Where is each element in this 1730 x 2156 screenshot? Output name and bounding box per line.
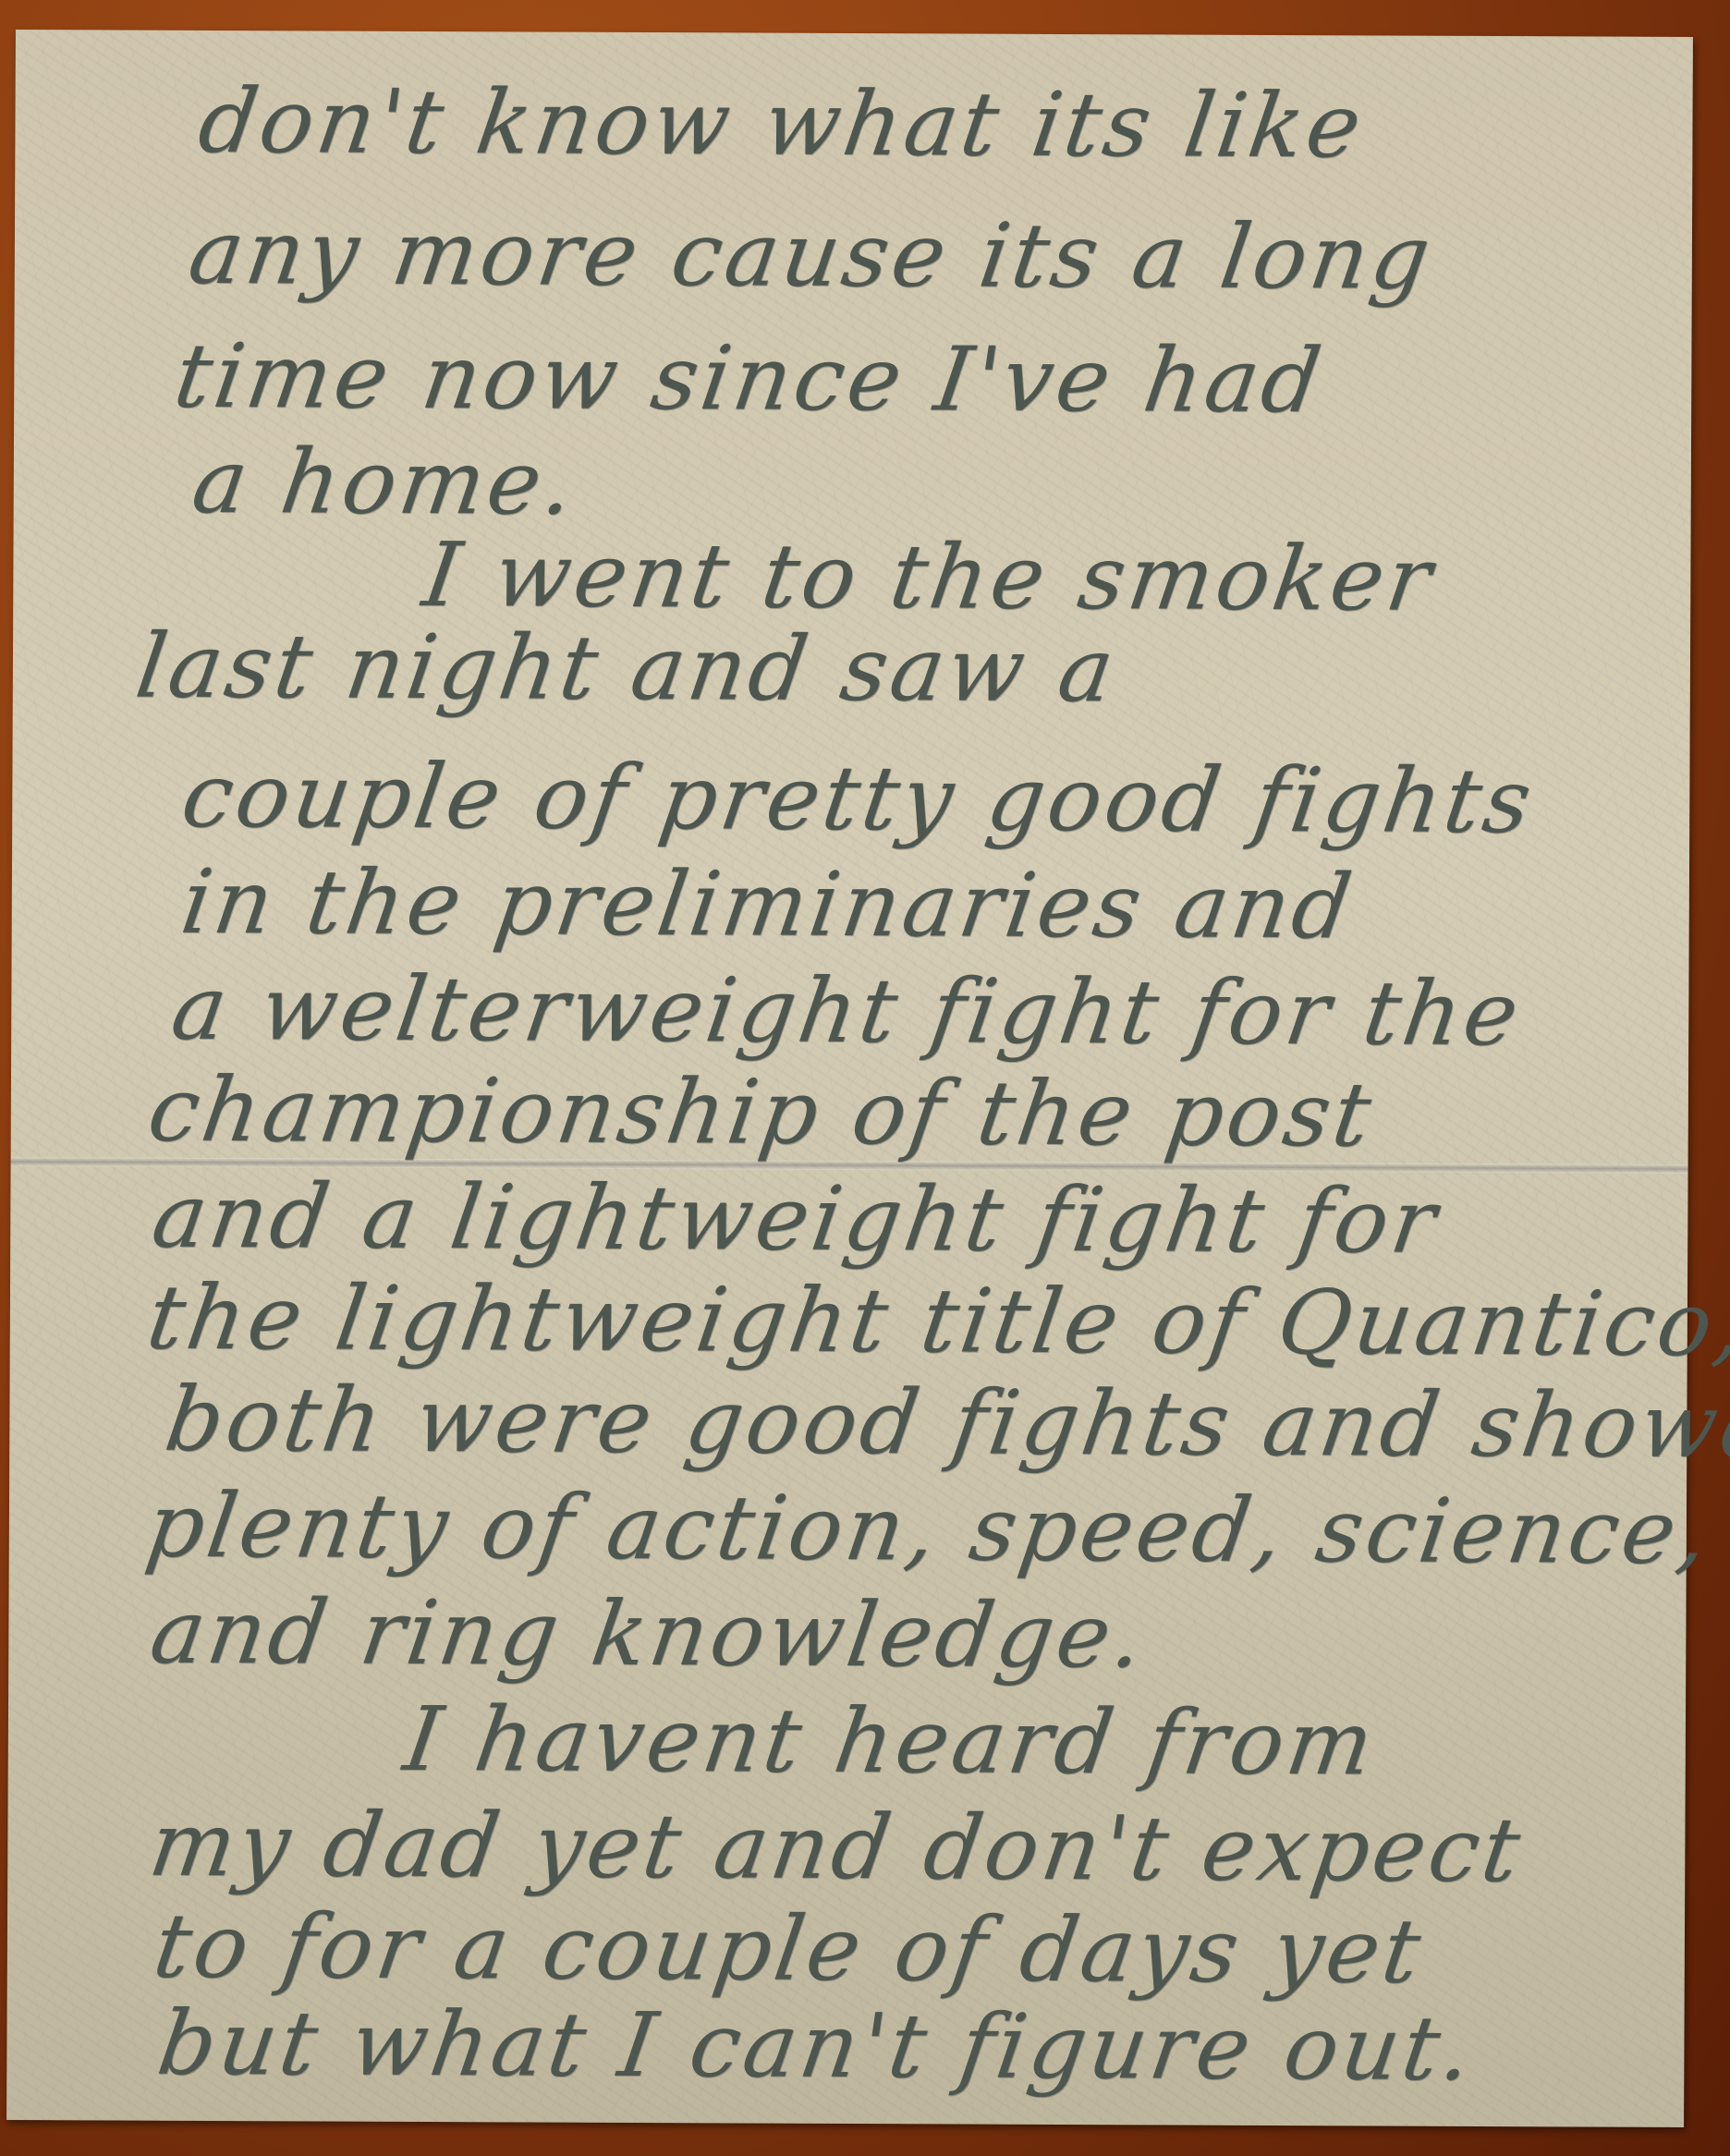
letter-page: don't know what its like any more cause … [6, 30, 1693, 2127]
letter-line: championship of the post [143, 1066, 1380, 1160]
letter-line: my dad yet and don't expect [144, 1800, 1529, 1894]
letter-line: I havent heard from [399, 1695, 1382, 1788]
letter-line: couple of pretty good fights [177, 751, 1540, 846]
letter-line: a home. [188, 437, 583, 528]
letter-line: to for a couple of days yet [149, 1902, 1429, 1996]
letter-line: in the preliminaries and [177, 858, 1360, 951]
letter-line: time now since I've had [169, 332, 1329, 425]
handwritten-text: don't know what its like any more cause … [6, 30, 1693, 2127]
letter-line: last night and saw a [131, 622, 1123, 715]
letter-line: but what I can't figure out. [152, 1999, 1480, 2093]
letter-line: don't know what its like [194, 77, 1371, 170]
letter-line: any more cause its a long [184, 208, 1439, 302]
letter-line: and ring knowledge. [145, 1588, 1151, 1681]
letter-line: both were good fights and showed [160, 1375, 1730, 1471]
letter-line: I went to the smoker [418, 530, 1440, 624]
letter-line: plenty of action, speed, science, [141, 1481, 1717, 1577]
letter-line: and a lightweight fight for [147, 1172, 1444, 1266]
letter-line: the lightweight title of Quantico, [142, 1273, 1730, 1369]
letter-line: a welterweight fight for the [166, 964, 1527, 1058]
